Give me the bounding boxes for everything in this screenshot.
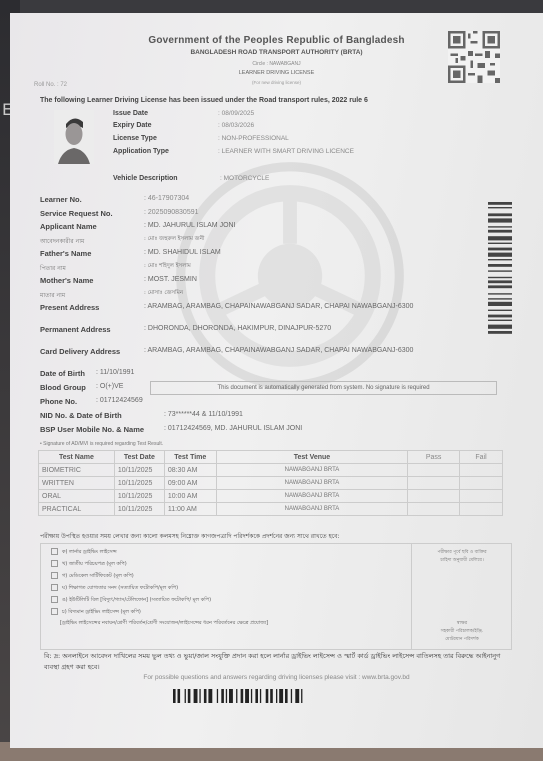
inspector-instruction: পরীক্ষার পূর্বে ছবি ও ব্যক্তির xyxy=(412,549,512,556)
signature-label: স্বাক্ষর xyxy=(412,620,512,627)
test-venue: NAWABGANJ BRTA xyxy=(216,464,407,477)
test-date: 10/11/2025 xyxy=(114,490,164,503)
test-fail xyxy=(460,503,503,516)
field-value: : 08/09/2025 xyxy=(218,110,254,117)
barcode-icon xyxy=(173,689,408,703)
roll-number: Roll No. : 72 xyxy=(34,82,67,88)
table-row: PRACTICAL 10/11/2025 11:00 AM NAWABGANJ … xyxy=(39,503,503,516)
exam-requirements-note: পরীক্ষায় উপস্থিত হওয়ার সময় লেখার জন্য… xyxy=(40,531,340,542)
test-pass xyxy=(408,503,460,516)
learner-license-document: Government of the Peoples Republic of Ba… xyxy=(10,13,543,748)
field-label: পিতার নাম xyxy=(40,263,66,274)
field-value: : 73******44 & 11/10/1991 xyxy=(164,411,243,418)
column-header: Fail xyxy=(460,451,503,464)
field-value: : MD. JAHURUL ISLAM JONI xyxy=(144,222,236,229)
field-label: Application Type xyxy=(113,148,213,155)
test-pass xyxy=(408,490,460,503)
field-label: Blood Group xyxy=(40,383,86,392)
test-name: WRITTEN xyxy=(39,477,115,490)
document-label: খ) জাতীয় পরিচয়পত্র (মূল কপি) xyxy=(62,561,127,567)
field-label: Vehicle Description xyxy=(113,175,223,182)
checkbox-icon xyxy=(51,596,58,603)
test-fail xyxy=(460,490,503,503)
checkbox-icon xyxy=(51,584,58,591)
required-documents-box: ক) লার্নার ড্রাইভিং লাইসেন্স খ) জাতীয় প… xyxy=(40,543,512,650)
column-header: Test Date xyxy=(114,451,164,464)
field-value: : মোঃ জহুরুল ইসলাম জনী xyxy=(144,236,204,244)
document-item: ক) লার্নার ড্রাইভিং লাইসেন্স xyxy=(51,548,117,557)
signature-label: সহকারী পরিচালক/ইঞ্জি. xyxy=(412,628,512,635)
test-schedule-table: Test Name Test Date Test Time Test Venue… xyxy=(38,450,503,516)
field-label: Issue Date xyxy=(113,110,213,117)
field-value: : মোঃ শহিদুল ইসলাম xyxy=(144,263,191,271)
document-item: খ) জাতীয় পরিচয়পত্র (মূল কপি) xyxy=(51,560,127,569)
column-header: Pass xyxy=(408,451,460,464)
document-label: ঙ) ইউটিলিটি বিল [বিদ্যুৎ/গ্যাস/টেলিফোন] … xyxy=(62,597,211,603)
test-time: 11:00 AM xyxy=(164,503,216,516)
field-value: : 11/10/1991 xyxy=(96,369,134,376)
checkbox-icon xyxy=(51,572,58,579)
test-fail xyxy=(460,477,503,490)
field-value: : 01712424569, MD. JAHURUL ISLAM JONI xyxy=(164,425,302,432)
field-label: Phone No. xyxy=(40,397,77,406)
column-header: Test Time xyxy=(164,451,216,464)
test-name: PRACTICAL xyxy=(39,503,115,516)
applicant-photo xyxy=(54,110,94,164)
test-date: 10/11/2025 xyxy=(114,477,164,490)
barcode-icon xyxy=(488,202,512,388)
test-time: 08:30 AM xyxy=(164,464,216,477)
field-value: : MD. SHAHIDUL ISLAM xyxy=(144,249,221,256)
test-venue: NAWABGANJ BRTA xyxy=(216,477,407,490)
table-header-row: Test Name Test Date Test Time Test Venue… xyxy=(39,451,503,464)
field-value: : MOTORCYCLE xyxy=(220,175,269,182)
field-value: : MOST. JESMIN xyxy=(144,276,197,283)
field-label: Learner No. xyxy=(40,195,82,204)
test-name: BIOMETRIC xyxy=(39,464,115,477)
system-generated-notice: This document is automatically generated… xyxy=(150,381,497,395)
field-label: মাতার নাম xyxy=(40,290,65,301)
table-row: ORAL 10/11/2025 10:00 AM NAWABGANJ BRTA xyxy=(39,490,503,503)
signature-label: মোটরযান পরিদর্শক xyxy=(412,636,512,643)
field-label: Expiry Date xyxy=(113,122,213,129)
field-label: Date of Birth xyxy=(40,369,85,378)
test-fail xyxy=(460,464,503,477)
qr-code-icon xyxy=(448,31,500,83)
column-header: Test Venue xyxy=(216,451,407,464)
field-value: : 46-17907304 xyxy=(144,195,189,202)
document-label: চ) বিদ্যমান ড্রাইভিং লাইসেন্স (মূল কপি) xyxy=(62,609,141,615)
document-label: গ) মেডিকেল সার্টিফিকেট (মূল কপি) xyxy=(62,573,134,579)
field-value: : LEARNER WITH SMART DRIVING LICENCE xyxy=(218,148,354,155)
table-row: WRITTEN 10/11/2025 09:00 AM NAWABGANJ BR… xyxy=(39,477,503,490)
test-date: 10/11/2025 xyxy=(114,503,164,516)
field-value: : DHORONDA, DHORONDA, HAKIMPUR, DINAJPUR… xyxy=(144,325,331,332)
inspector-signature-box: পরীক্ষার পূর্বে ছবি ও ব্যক্তির চাহিদা অন… xyxy=(411,544,512,649)
document-label: ঘ) শিক্ষাগত যোগ্যতার সনদ (সত্যায়িত ফটোক… xyxy=(62,585,178,591)
website-note: For possible questions and answers regar… xyxy=(10,674,543,681)
field-label: Service Request No. xyxy=(40,209,113,218)
test-pass xyxy=(408,477,460,490)
field-label: Applicant Name xyxy=(40,222,97,231)
field-value: : ARAMBAG, ARAMBAG, CHAPAINAWABGANJ SADA… xyxy=(144,303,413,310)
field-label: License Type xyxy=(113,135,213,142)
test-date: 10/11/2025 xyxy=(114,464,164,477)
intro-statement: The following Learner Driving License ha… xyxy=(40,97,368,104)
test-name: ORAL xyxy=(39,490,115,503)
test-time: 10:00 AM xyxy=(164,490,216,503)
field-label: Mother's Name xyxy=(40,276,93,285)
document-item: ঘ) শিক্ষাগত যোগ্যতার সনদ (সত্যায়িত ফটোক… xyxy=(51,584,178,593)
field-value: : 01712424569 xyxy=(96,397,143,404)
test-venue: NAWABGANJ BRTA xyxy=(216,490,407,503)
field-label: Father's Name xyxy=(40,249,91,258)
test-pass xyxy=(408,464,460,477)
field-label: Present Address xyxy=(40,303,99,312)
field-value: : 2025090830591 xyxy=(144,209,199,216)
checkbox-icon xyxy=(51,548,58,555)
document-item: ঙ) ইউটিলিটি বিল [বিদ্যুৎ/গ্যাস/টেলিফোন] … xyxy=(51,596,211,605)
test-venue: NAWABGANJ BRTA xyxy=(216,503,407,516)
checkbox-icon xyxy=(51,608,58,615)
field-label: Card Delivery Address xyxy=(40,347,120,356)
field-label: NID No. & Date of Birth xyxy=(40,411,122,420)
checkbox-icon xyxy=(51,560,58,567)
inspector-instruction: চাহিদা অনুযায়ী মেলিয়ে। xyxy=(412,557,512,564)
test-time: 09:00 AM xyxy=(164,477,216,490)
column-header: Test Name xyxy=(39,451,115,464)
field-label: Permanent Address xyxy=(40,325,111,334)
signature-note: • Signature of AD/MVI is required regard… xyxy=(40,441,163,447)
brta-emblem-watermark xyxy=(175,161,405,391)
table-row: BIOMETRIC 10/11/2025 08:30 AM NAWABGANJ … xyxy=(39,464,503,477)
document-applicability-note: [ড্রাইভিং লাইসেন্সের নবায়ন/শ্রেণী পরিবর… xyxy=(60,620,268,628)
field-value: : মোসাঃ জেসমিন xyxy=(144,290,183,298)
legal-warning-note: বি: দ্র: অনলাইনে আবেদন দাখিলের সময় ভুল … xyxy=(44,651,514,673)
document-item: গ) মেডিকেল সার্টিফিকেট (মূল কপি) xyxy=(51,572,134,581)
field-label: BSP User Mobile No. & Name xyxy=(40,425,144,434)
field-value: : NON-PROFESSIONAL xyxy=(218,135,289,142)
field-label: আবেদনকারীর নাম xyxy=(40,236,84,247)
field-value: : O(+)VE xyxy=(96,383,123,390)
document-label: ক) লার্নার ড্রাইভিং লাইসেন্স xyxy=(62,549,117,555)
document-item: চ) বিদ্যমান ড্রাইভিং লাইসেন্স (মূল কপি) xyxy=(51,608,141,617)
field-value: : 08/03/2026 xyxy=(218,122,254,129)
field-value: : ARAMBAG, ARAMBAG, CHAPAINAWABGANJ SADA… xyxy=(144,347,413,354)
